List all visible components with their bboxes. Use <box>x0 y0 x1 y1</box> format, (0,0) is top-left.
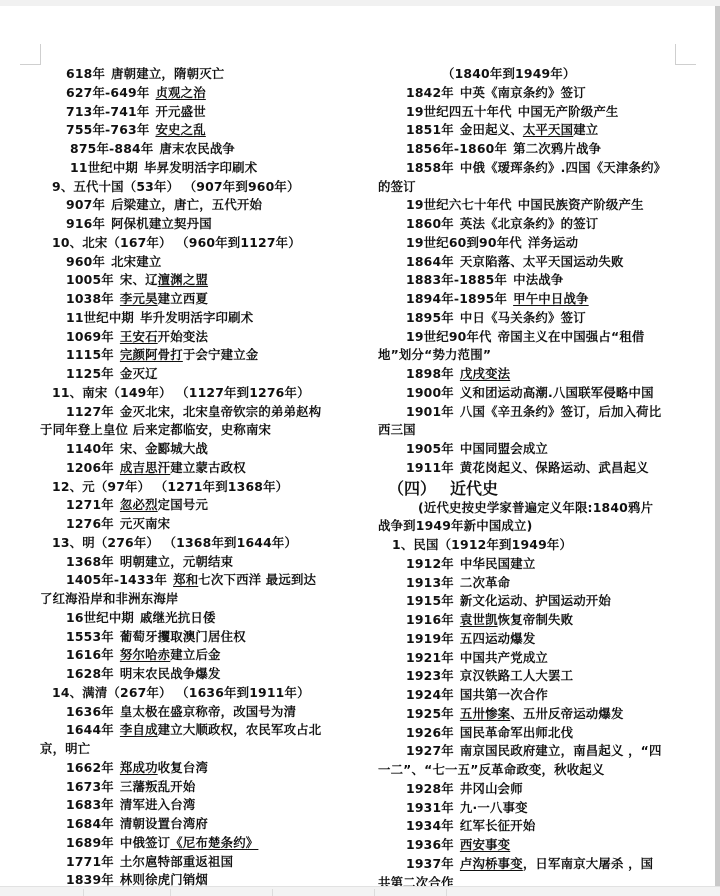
entry-date: 19世纪四五十年代 <box>406 103 512 122</box>
underlined-key-term: 忽必烈 <box>120 497 158 512</box>
entry-text: 三藩叛乱开始 <box>120 779 196 794</box>
entry-text: 、五卅反帝运动爆发 <box>510 706 623 721</box>
timeline-entry: 1936年西安事变 <box>378 836 690 855</box>
entry-date: 1069年 <box>66 328 114 347</box>
entry-date: 1005年 <box>66 271 114 290</box>
document-column-right: （1840年到1949年）1842年中英《南京条约》签订19世纪四五十年代中国无… <box>378 65 690 892</box>
entry-date: 1368年 <box>66 553 114 572</box>
entry-date: 916年 <box>66 215 105 234</box>
entry-date: 1038年 <box>66 290 114 309</box>
timeline-entry: 1901年八国《辛丑条约》签订，后加入荷比 <box>378 403 690 422</box>
timeline-entry-continuation: 京，明亡 <box>40 740 360 759</box>
entry-text: 戚继光抗日倭 <box>140 610 216 625</box>
entry-text: 建立西夏 <box>158 291 208 306</box>
entry-text: 中俄《瑷珲条约》.四国《天津条约》 <box>460 160 666 175</box>
timeline-entry: 1919年五四运动爆发 <box>378 630 690 649</box>
timeline-entry: 1206年成吉思汗建立蒙古政权 <box>40 459 360 478</box>
entry-date: 755年-763年 <box>66 121 149 140</box>
timeline-entry: 755年-763年安史之乱 <box>40 121 360 140</box>
entry-text: 明朝建立，元朝结束 <box>120 554 233 569</box>
timeline-entry: 1860年英法《北京条约》的签订 <box>378 215 690 234</box>
entry-text: 义和团运动高潮.八国联军侵略中国 <box>460 385 654 400</box>
entry-date: 1911年 <box>406 459 454 478</box>
timeline-entry: 1905年中国同盟会成立 <box>378 440 690 459</box>
toolbar-divider <box>272 889 273 896</box>
underlined-key-term: 努尔哈赤 <box>120 647 170 662</box>
timeline-entry: 1636年皇太极在盛京称帝，改国号为清 <box>40 703 360 722</box>
entry-date: 16世纪中期 <box>66 609 134 628</box>
entry-text: ，日军南京大屠杀 ，国 <box>523 856 653 871</box>
entry-date: 627年-649年 <box>66 84 149 103</box>
entry-date: 1662年 <box>66 759 114 778</box>
entry-date: 11世纪中期 <box>70 159 138 178</box>
entry-date: 19世纪90年代 <box>406 328 492 347</box>
timeline-entry: 19世纪四五十年代中国无产阶级产生 <box>378 103 690 122</box>
entry-text: 清朝设置台湾府 <box>120 816 208 831</box>
timeline-entry-continuation: 地”划分“势力范围” <box>378 346 690 365</box>
entry-date: 11世纪中期 <box>66 309 134 328</box>
timeline-entry-continuation: 西三国 <box>378 421 690 440</box>
entry-text: 于同年登上皇位 后来定都临安，史称南宋 <box>40 422 271 437</box>
entry-date: 19世纪60到90年代 <box>406 234 522 253</box>
timeline-entry: 11世纪中期毕升发明活字印刷术 <box>40 309 360 328</box>
entry-text: 京汉铁路工人大罢工 <box>460 668 573 683</box>
period-heading: 11、南宋（149年） （1127年到1276年） <box>40 384 360 403</box>
timeline-entry: 1900年义和团运动高潮.八国联军侵略中国 <box>378 384 690 403</box>
heading-text: 12、元（97年） （1271年到1368年） <box>52 479 288 494</box>
toolbar-divider <box>374 889 375 896</box>
page-margin-corner-top-right <box>675 44 696 65</box>
period-range: （1840年到1949年） <box>378 65 690 84</box>
entry-date: 1628年 <box>66 665 114 684</box>
underlined-key-term: 贞观之治 <box>155 85 205 100</box>
timeline-entry: 1405年-1433年郑和七次下西洋 最远到达 <box>40 571 360 590</box>
entry-text: 国民革命军出师北伐 <box>460 725 573 740</box>
entry-text: 毕昇发明活字印刷术 <box>144 160 257 175</box>
entry-text: 定国号元 <box>158 497 208 512</box>
document-column-left: 618年唐朝建立，隋朝灭亡627年-649年贞观之治713年-741年开元盛世7… <box>40 65 360 890</box>
entry-text: 毕升发明活字印刷术 <box>140 310 253 325</box>
entry-date: 1276年 <box>66 515 114 534</box>
period-heading: 9、五代十国（53年） （907年到960年） <box>40 178 360 197</box>
underlined-key-term: 王安石 <box>120 329 158 344</box>
timeline-entry: 1883年-1885年中法战争 <box>378 271 690 290</box>
timeline-entry: 1271年忽必烈定国号元 <box>40 496 360 515</box>
entry-text: 中国民族资产阶级产生 <box>518 197 644 212</box>
entry-text: 五四运动爆发 <box>460 631 536 646</box>
underlined-key-term: 郑和 <box>173 572 198 587</box>
entry-date: 1864年 <box>406 253 454 272</box>
heading-text: 1、民国（1912年到1949年） <box>392 537 572 552</box>
entry-text: 阿保机建立契丹国 <box>111 216 212 231</box>
entry-date: 1851年 <box>406 121 454 140</box>
timeline-entry: 1005年宋、辽澶渊之盟 <box>40 271 360 290</box>
timeline-entry: 1368年明朝建立，元朝结束 <box>40 553 360 572</box>
timeline-entry-continuation: 了红海沿岸和非洲东海岸 <box>40 590 360 609</box>
entry-text: 国共第一次合作 <box>460 687 548 702</box>
entry-text: 北宋建立 <box>111 254 161 269</box>
entry-text: 南京国民政府建立，南昌起义 ，“四 <box>460 743 662 758</box>
entry-date: 1842年 <box>406 84 454 103</box>
entry-date: 1900年 <box>406 384 454 403</box>
entry-text: 开元盛世 <box>155 104 205 119</box>
entry-date: 1125年 <box>66 365 114 384</box>
underlined-key-term: 卢沟桥事变 <box>460 856 523 871</box>
heading-text: 14、满清（267年） （1636年到1911年） <box>52 685 310 700</box>
timeline-entry: 1127年金灭北宋，北宋皇帝钦宗的弟弟赵构 <box>40 403 360 422</box>
underlined-key-term: 五卅惨案 <box>460 706 510 721</box>
underlined-key-term: 澶渊之盟 <box>158 272 208 287</box>
entry-date: 1913年 <box>406 574 454 593</box>
entry-text: 京，明亡 <box>40 741 90 756</box>
entry-date: 1683年 <box>66 796 114 815</box>
entry-date: 1926年 <box>406 724 454 743</box>
entry-text: 宋、辽 <box>120 272 158 287</box>
timeline-entry: 19世纪六七十年代中国民族资产阶级产生 <box>378 196 690 215</box>
entry-date: 1856年-1860年 <box>406 140 507 159</box>
entry-text: 葡萄牙攫取澳门居住权 <box>120 629 246 644</box>
entry-text: 皇太极在盛京称帝，改国号为清 <box>120 704 296 719</box>
underlined-key-term: 戊戌变法 <box>460 366 510 381</box>
entry-text: 八国《辛丑条约》签订，后加入荷比 <box>460 404 661 419</box>
entry-text: 帝国主义在中国强占“租借 <box>498 329 645 344</box>
entry-text: 土尔扈特部重返祖国 <box>120 854 233 869</box>
entry-date: 1927年 <box>406 742 454 761</box>
entry-date: 1636年 <box>66 703 114 722</box>
timeline-entry: 1683年清军进入台湾 <box>40 796 360 815</box>
timeline-entry: 618年唐朝建立，隋朝灭亡 <box>40 65 360 84</box>
timeline-entry: 1937年卢沟桥事变，日军南京大屠杀 ，国 <box>378 855 690 874</box>
entry-text: 二次革命 <box>460 575 510 590</box>
period-heading: 14、满清（267年） （1636年到1911年） <box>40 684 360 703</box>
timeline-entry: 1616年努尔哈赤建立后金 <box>40 646 360 665</box>
entry-date: 1915年 <box>406 592 454 611</box>
timeline-entry: 1038年李元昊建立西夏 <box>40 290 360 309</box>
entry-date: 618年 <box>66 65 105 84</box>
entry-text: 中华民国建立 <box>460 556 536 571</box>
entry-text: 于会宁建立金 <box>183 347 259 362</box>
timeline-entry: 1911年黄花岗起义、保路运动、武昌起义 <box>378 459 690 478</box>
entry-text: 中国同盟会成立 <box>460 441 548 456</box>
entry-text: 红军长征开始 <box>460 818 536 833</box>
entry-text: 黄花岗起义、保路运动、武昌起义 <box>460 460 649 475</box>
bottom-toolbar <box>0 886 720 896</box>
timeline-entry: 1662年郑成功收复台湾 <box>40 759 360 778</box>
entry-text: 西三国 <box>378 422 416 437</box>
timeline-entry: 1923年京汉铁路工人大罢工 <box>378 667 690 686</box>
timeline-entry: 960年北宋建立 <box>40 253 360 272</box>
timeline-entry: 907年后梁建立，唐亡，五代开始 <box>40 196 360 215</box>
period-heading: 1、民国（1912年到1949年） <box>378 536 690 555</box>
toolbar-divider <box>446 889 447 896</box>
timeline-entry: 1140年宋、金郾城大战 <box>40 440 360 459</box>
entry-text: 金灭辽 <box>120 366 158 381</box>
timeline-entry: 916年阿保机建立契丹国 <box>40 215 360 234</box>
timeline-entry: 1931年九·一八事变 <box>378 799 690 818</box>
entry-date: 19世纪六七十年代 <box>406 196 512 215</box>
underlined-key-term: 《尼布楚条约》 <box>170 835 258 850</box>
entry-date: 1883年-1885年 <box>406 271 507 290</box>
timeline-entry: 1851年金田起义、太平天国建立 <box>378 121 690 140</box>
entry-text: 开始变法 <box>158 329 208 344</box>
timeline-entry: 1673年三藩叛乱开始 <box>40 778 360 797</box>
entry-date: 1553年 <box>66 628 114 647</box>
section-number: （四） <box>388 479 436 498</box>
timeline-entry: 1553年葡萄牙攫取澳门居住权 <box>40 628 360 647</box>
entry-date: 1206年 <box>66 459 114 478</box>
entry-text: 元灭南宋 <box>120 516 170 531</box>
underlined-key-term: 成吉思汗 <box>120 460 170 475</box>
entry-text: 明末农民战争爆发 <box>120 666 221 681</box>
timeline-entry: 1125年金灭辽 <box>40 365 360 384</box>
timeline-entry: 1858年中俄《瑷珲条约》.四国《天津条约》 <box>378 159 690 178</box>
entry-text: 七次下西洋 最远到达 <box>198 572 316 587</box>
timeline-entry: 1921年中国共产党成立 <box>378 649 690 668</box>
underlined-key-term: 李元昊 <box>120 291 158 306</box>
entry-text: 宋、金郾城大战 <box>120 441 208 456</box>
entry-date: 713年-741年 <box>66 103 149 122</box>
entry-date: 1684年 <box>66 815 114 834</box>
timeline-entry: 1842年中英《南京条约》签订 <box>378 84 690 103</box>
underlined-key-term: 李自成 <box>120 722 158 737</box>
entry-date: 1271年 <box>66 496 114 515</box>
entry-text: （1840年到1949年） <box>442 66 576 81</box>
entry-text: 中英《南京条约》签订 <box>460 85 586 100</box>
heading-text: 10、北宋（167年） （960年到1127年） <box>52 235 301 250</box>
entry-date: 1140年 <box>66 440 114 459</box>
entry-text: 地”划分“势力范围” <box>378 347 491 362</box>
timeline-entry-continuation: 于同年登上皇位 后来定都临安，史称南宋 <box>40 421 360 440</box>
timeline-entry: 1934年红军长征开始 <box>378 817 690 836</box>
entry-date: 1771年 <box>66 853 114 872</box>
period-heading: 13、明（276年） （1368年到1644年） <box>40 534 360 553</box>
entry-text: 中法战争 <box>513 272 563 287</box>
timeline-entry: 1864年天京陷落、太平天国运动失败 <box>378 253 690 272</box>
timeline-entry: 1928年井冈山会师 <box>378 780 690 799</box>
entry-text: 收复台湾 <box>158 760 208 775</box>
entry-date: 1115年 <box>66 346 114 365</box>
entry-text: 战争到1949年新中国成立) <box>378 518 532 533</box>
toolbar-divider <box>83 889 84 896</box>
entry-date: 907年 <box>66 196 105 215</box>
entry-date: 875年-884年 <box>70 140 153 159</box>
timeline-entry: 1925年五卅惨案、五卅反帝运动爆发 <box>378 705 690 724</box>
timeline-entry: 16世纪中期戚继光抗日倭 <box>40 609 360 628</box>
timeline-entry: 1644年李自成建立大顺政权，农民军攻占北 <box>40 721 360 740</box>
entry-text: 第二次鸦片战争 <box>513 141 601 156</box>
entry-date: 1898年 <box>406 365 454 384</box>
entry-text: 中国共产党成立 <box>460 650 548 665</box>
entry-text: 唐末农民战争 <box>159 141 235 156</box>
underlined-key-term: 太平天国 <box>523 122 573 137</box>
timeline-entry: 19世纪90年代帝国主义在中国强占“租借 <box>378 328 690 347</box>
timeline-entry-continuation: 一二”、“七一五”反革命政变，秋收起义 <box>378 761 690 780</box>
timeline-entry-continuation: 的签订 <box>378 178 690 197</box>
timeline-entry: 1115年完颜阿骨打于会宁建立金 <box>40 346 360 365</box>
entry-text: 金灭北宋，北宋皇帝钦宗的弟弟赵构 <box>120 404 321 419</box>
section-heading: （四）近代史 <box>378 478 690 499</box>
timeline-entry: 1916年袁世凯恢复帝制失败 <box>378 611 690 630</box>
entry-text: 中国无产阶级产生 <box>518 104 619 119</box>
entry-text: (近代史按史学家普遍定义年限:1840鸦片 <box>418 500 653 515</box>
entry-date: 1127年 <box>66 403 114 422</box>
timeline-entry: 627年-649年贞观之治 <box>40 84 360 103</box>
entry-date: 1905年 <box>406 440 454 459</box>
period-heading: 12、元（97年） （1271年到1368年） <box>40 478 360 497</box>
entry-text: 后梁建立，唐亡，五代开始 <box>111 197 262 212</box>
entry-text: 建立大顺政权，农民军攻占北 <box>158 722 322 737</box>
entry-date: 1673年 <box>66 778 114 797</box>
timeline-entry: 1628年明末农民战争爆发 <box>40 665 360 684</box>
underlined-key-term: 完颜阿骨打 <box>120 347 183 362</box>
page-margin-corner-top-left <box>20 44 41 65</box>
entry-text: 了红海沿岸和非洲东海岸 <box>40 591 179 606</box>
entry-date: 1934年 <box>406 817 454 836</box>
entry-date: 1936年 <box>406 836 454 855</box>
timeline-entry: 1912年中华民国建立 <box>378 555 690 574</box>
entry-date: 1901年 <box>406 403 454 422</box>
entry-text: 洋务运动 <box>528 235 578 250</box>
heading-text: 9、五代十国（53年） （907年到960年） <box>52 179 300 194</box>
underlined-key-term: 郑成功 <box>120 760 158 775</box>
entry-date: 960年 <box>66 253 105 272</box>
entry-date: 1924年 <box>406 686 454 705</box>
timeline-entry: 1689年中俄签订《尼布楚条约》 <box>40 834 360 853</box>
entry-text: 中俄签订 <box>120 835 170 850</box>
entry-date: 1937年 <box>406 855 454 874</box>
timeline-entry: 1069年王安石开始变法 <box>40 328 360 347</box>
entry-text: 英法《北京条约》的签订 <box>460 216 599 231</box>
timeline-entry: 1927年南京国民政府建立，南昌起义 ，“四 <box>378 742 690 761</box>
top-toolbar-edge <box>0 0 720 6</box>
entry-text: 井冈山会师 <box>460 781 523 796</box>
entry-date: 1895年 <box>406 309 454 328</box>
underlined-key-term: 安史之乱 <box>155 122 205 137</box>
entry-date: 1931年 <box>406 799 454 818</box>
entry-date: 1405年-1433年 <box>66 571 167 590</box>
entry-text: 林则徐虎门销烟 <box>120 872 208 887</box>
entry-text: 一二”、“七一五”反革命政变，秋收起义 <box>378 762 604 777</box>
entry-text: 九·一八事变 <box>460 800 528 815</box>
entry-date: 1925年 <box>406 705 454 724</box>
entry-text: 中日《马关条约》签订 <box>460 310 586 325</box>
entry-date: 1858年 <box>406 159 454 178</box>
entry-text: 唐朝建立，隋朝灭亡 <box>111 66 224 81</box>
entry-date: 1912年 <box>406 555 454 574</box>
timeline-entry: 1926年国民革命军出师北伐 <box>378 724 690 743</box>
entry-text: 清军进入台湾 <box>120 797 196 812</box>
entry-date: 1616年 <box>66 646 114 665</box>
entry-date: 1919年 <box>406 630 454 649</box>
entry-date: 1923年 <box>406 667 454 686</box>
section-title-text: 近代史 <box>450 479 498 498</box>
timeline-entry: 875年-884年唐末农民战争 <box>40 140 360 159</box>
underlined-key-term: 甲午中日战争 <box>513 291 589 306</box>
underlined-key-term: 西安事变 <box>460 837 510 852</box>
entry-date: 1928年 <box>406 780 454 799</box>
entry-date: 1860年 <box>406 215 454 234</box>
heading-text: 11、南宋（149年） （1127年到1276年） <box>52 385 310 400</box>
timeline-entry: 1684年清朝设置台湾府 <box>40 815 360 834</box>
section-note: (近代史按史学家普遍定义年限:1840鸦片 <box>378 499 690 518</box>
timeline-entry: 19世纪60到90年代洋务运动 <box>378 234 690 253</box>
entry-text: 天京陷落、太平天国运动失败 <box>460 254 624 269</box>
toolbar-divider <box>170 889 171 896</box>
entry-date: 1644年 <box>66 721 114 740</box>
entry-text: 建立 <box>573 122 598 137</box>
entry-text: 恢复帝制失败 <box>498 612 574 627</box>
timeline-entry: 1924年国共第一次合作 <box>378 686 690 705</box>
underlined-key-term: 袁世凯 <box>460 612 498 627</box>
timeline-entry: 1898年戊戌变法 <box>378 365 690 384</box>
timeline-entry: 11世纪中期毕昇发明活字印刷术 <box>40 159 360 178</box>
timeline-entry: 1276年元灭南宋 <box>40 515 360 534</box>
entry-text: 的签订 <box>378 179 416 194</box>
timeline-entry: 1895年中日《马关条约》签订 <box>378 309 690 328</box>
heading-text: 13、明（276年） （1368年到1644年） <box>52 535 297 550</box>
timeline-entry: 1913年二次革命 <box>378 574 690 593</box>
vertical-scrollbar[interactable] <box>715 6 720 886</box>
timeline-entry: 1915年新文化运动、护国运动开始 <box>378 592 690 611</box>
timeline-entry: 1856年-1860年第二次鸦片战争 <box>378 140 690 159</box>
timeline-entry: 1771年土尔扈特部重返祖国 <box>40 853 360 872</box>
timeline-entry-continuation: 战争到1949年新中国成立) <box>378 517 690 536</box>
entry-text: 金田起义、 <box>460 122 523 137</box>
entry-text: 建立后金 <box>170 647 220 662</box>
timeline-entry: 1894年-1895年甲午中日战争 <box>378 290 690 309</box>
period-heading: 10、北宋（167年） （960年到1127年） <box>40 234 360 253</box>
timeline-entry: 713年-741年开元盛世 <box>40 103 360 122</box>
entry-date: 1916年 <box>406 611 454 630</box>
entry-date: 1894年-1895年 <box>406 290 507 309</box>
entry-date: 1689年 <box>66 834 114 853</box>
entry-date: 1921年 <box>406 649 454 668</box>
entry-text: 建立蒙古政权 <box>170 460 246 475</box>
entry-text: 新文化运动、护国运动开始 <box>460 593 611 608</box>
